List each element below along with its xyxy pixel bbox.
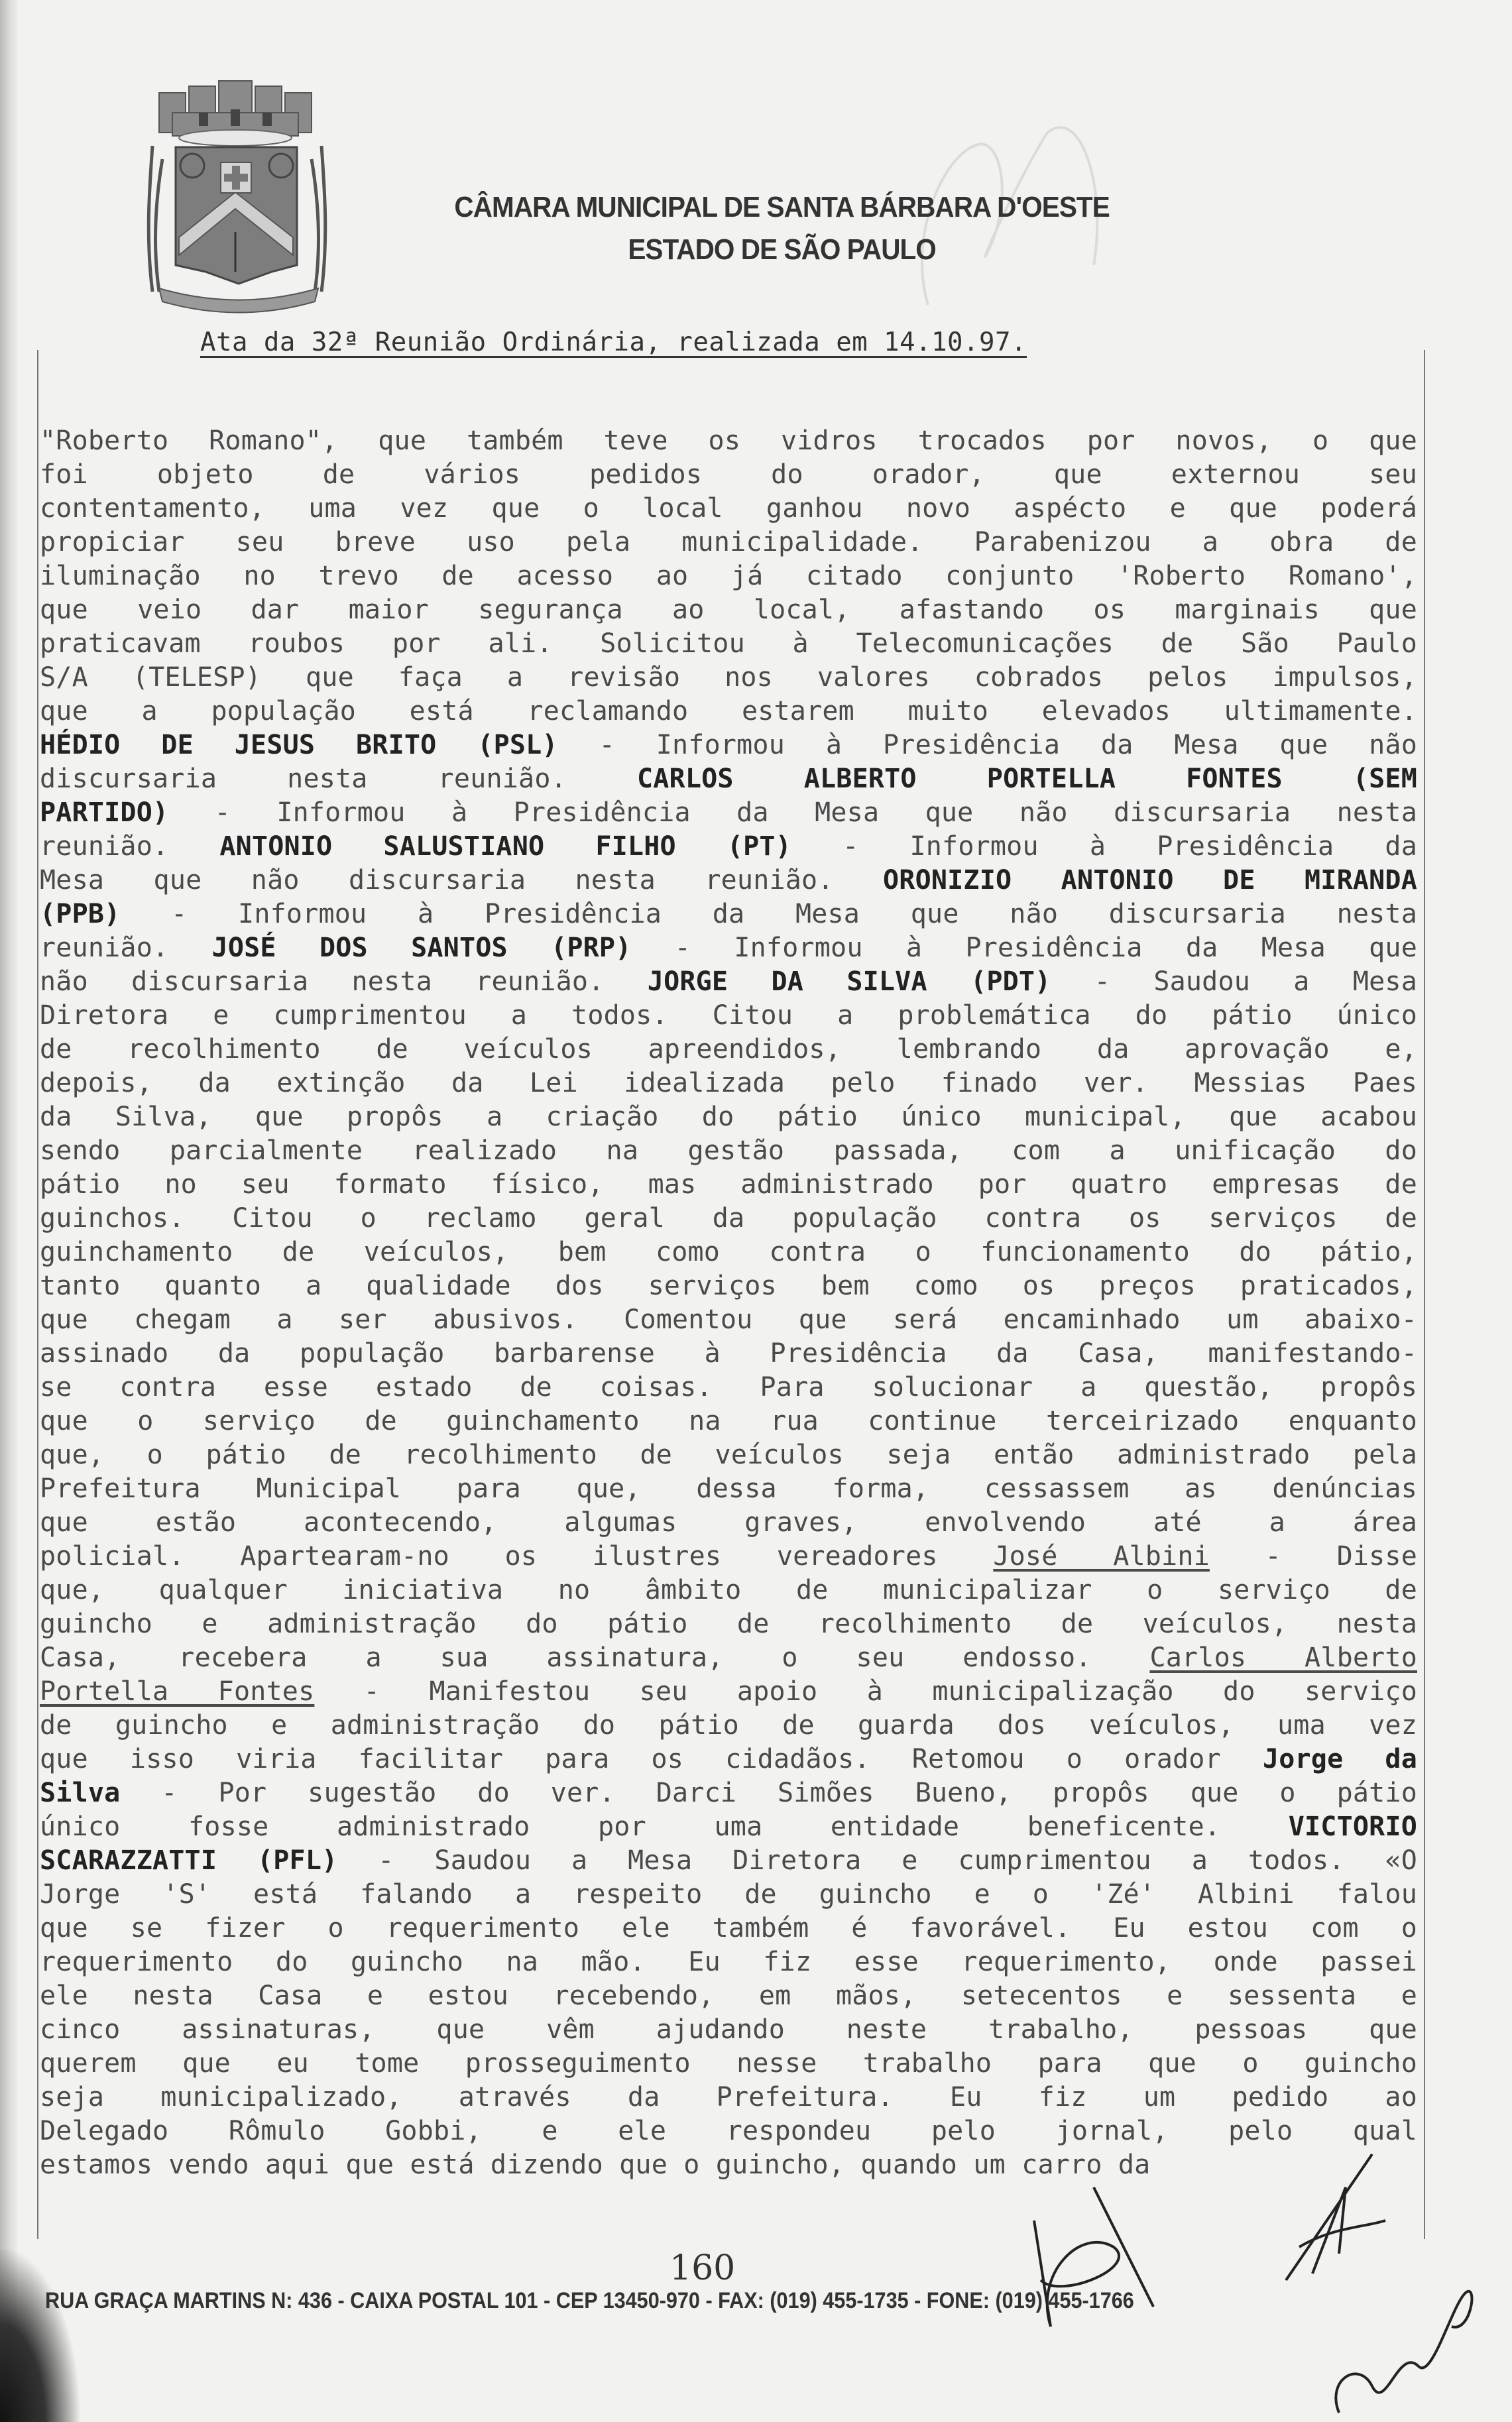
scan-shadow [0,2250,80,2422]
footer-address: RUA GRAÇA MARTINS N: 436 - CAIXA POSTAL … [45,2288,1334,2314]
body-line: seja municipalizado, através da Prefeitu… [40,2081,1417,2114]
body-line: que veio dar maior segurança ao local, a… [40,593,1417,627]
body-line: Diretora e cumprimentou a todos. Citou a… [40,999,1417,1033]
body-line: que chegam a ser abusivos. Comentou que … [40,1303,1417,1337]
speaker-name: (PPB) [40,899,120,929]
speaker-name: HÉDIO DE JESUS BRITO (PSL) [40,730,558,760]
body-line: tanto quanto a qualidade dos serviços be… [40,1269,1417,1303]
body-line: iluminação no trevo de acesso ao já cita… [40,559,1417,593]
body-line: que isso viria facilitar para os cidadão… [40,1743,1417,1776]
body-line: reunião. JOSÉ DOS SANTOS (PRP) - Informo… [40,931,1417,965]
line-text: - Por sugestão do ver. Darci Simões Buen… [120,1778,1417,1808]
body-line: de guincho e administração do pátio de g… [40,1709,1417,1743]
body-line: que, qualquer iniciativa no âmbito de mu… [40,1574,1417,1607]
line-text: reunião. [40,933,212,963]
line-text: reunião. [40,831,219,862]
speaker-name: PARTIDO) [40,797,168,828]
body-line: depois, da extinção da Lei idealizada pe… [40,1067,1417,1100]
line-text: - Manifestou seu apoio à municipalização… [314,1676,1417,1707]
body-line: Casa, recebera a sua assinatura, o seu e… [40,1641,1417,1675]
body-line: cinco assinaturas, que vêm ajudando nest… [40,2013,1417,2047]
line-text: Mesa que não discursaria nesta reunião. [40,865,883,895]
body-line: discursaria nesta reunião. CARLOS ALBERT… [40,762,1417,796]
body-line: guincho e administração do pátio de reco… [40,1607,1417,1641]
line-text: que isso viria facilitar para os cidadão… [40,1744,1263,1774]
line-text: - Informou à Presidência da Mesa que não… [168,797,1417,828]
minutes-body: "Roberto Romano", que também teve os vid… [40,424,1417,2182]
page-number: 160 [669,2248,735,2288]
body-line: ele nesta Casa e estou recebendo, em mão… [40,1979,1417,2013]
body-line: sendo parcialmente realizado na gestão p… [40,1134,1417,1168]
body-line: que se fizer o requerimento ele também é… [40,1912,1417,1945]
page-left-edge [0,0,17,2422]
body-line: que estão acontecendo, algumas graves, e… [40,1506,1417,1540]
signature-3 [1319,2280,1491,2422]
speaker-name: JORGE DA SILVA (PDT) [648,966,1051,997]
body-line: único fosse administrado por uma entidad… [40,1810,1417,1844]
line-text: - Informou à Presidência da Mesa que [632,933,1418,963]
body-line: assinado da população barbarense à Presi… [40,1337,1417,1371]
body-line: "Roberto Romano", que também teve os vid… [40,424,1417,458]
line-text: - Disse [1210,1541,1417,1572]
body-line: policial. Apartearam-no os ilustres vere… [40,1540,1417,1574]
body-line: reunião. ANTONIO SALUSTIANO FILHO (PT) -… [40,830,1417,864]
speaker-name: JOSÉ DOS SANTOS (PRP) [212,933,632,963]
speaker-name: VICTORIO [1289,1812,1417,1842]
line-text: discursaria nesta reunião. [40,764,637,794]
body-line: contentamento, uma vez que o local ganho… [40,492,1417,526]
body-line: guinchos. Citou o reclamo geral da popul… [40,1202,1417,1236]
underlined-name: Carlos Alberto [1149,1643,1417,1673]
body-line: da Silva, que propôs a criação do pátio … [40,1100,1417,1134]
line-text: Casa, recebera a sua assinatura, o seu e… [40,1643,1149,1673]
speaker-name: Silva [40,1778,120,1808]
body-line: praticavam roubos por ali. Solicitou à T… [40,627,1417,661]
line-text: - Saudou a Mesa Diretora e cumprimentou … [337,1845,1417,1876]
body-line: PARTIDO) - Informou à Presidência da Mes… [40,796,1417,830]
body-line: Prefeitura Municipal para que, dessa for… [40,1472,1417,1506]
state-name: ESTADO DE SÃO PAULO [398,233,1166,266]
body-line: SCARAZZATTI (PFL) - Saudou a Mesa Direto… [40,1844,1417,1878]
speaker-name: SCARAZZATTI (PFL) [40,1845,337,1876]
underlined-name: Portella Fontes [40,1676,314,1707]
body-line: Portella Fontes - Manifestou seu apoio à… [40,1675,1417,1709]
line-text: policial. Apartearam-no os ilustres vere… [40,1541,993,1572]
body-line: propiciar seu breve uso pela municipalid… [40,526,1417,559]
speaker-name: CARLOS ALBERTO PORTELLA FONTES (SEM [637,764,1417,794]
body-line: Jorge 'S' está falando a respeito de gui… [40,1878,1417,1912]
body-line: que o serviço de guinchamento na rua con… [40,1405,1417,1438]
body-line: HÉDIO DE JESUS BRITO (PSL) - Informou à … [40,728,1417,762]
body-line: (PPB) - Informou à Presidência da Mesa q… [40,897,1417,931]
body-line: se contra esse estado de coisas. Para so… [40,1371,1417,1405]
institution-name: CÂMARA MUNICIPAL DE SANTA BÁRBARA D'OEST… [398,191,1166,224]
body-line: foi objeto de vários pedidos do orador, … [40,458,1417,492]
body-line: Delegado Rômulo Gobbi, e ele respondeu p… [40,2114,1417,2148]
line-text: - Informou à Presidência da Mesa que não [558,730,1417,760]
body-line: de recolhimento de veículos apreendidos,… [40,1033,1417,1067]
body-line: Mesa que não discursaria nesta reunião. … [40,864,1417,897]
body-line: Silva - Por sugestão do ver. Darci Simõe… [40,1776,1417,1810]
line-text: - Informou à Presidência da [791,831,1417,862]
line-text: - Informou à Presidência da Mesa que não… [120,899,1417,929]
speaker-name: Jorge da [1263,1744,1417,1774]
body-line: querem que eu tome prosseguimento nesse … [40,2047,1417,2081]
body-line: não discursaria nesta reunião. JORGE DA … [40,965,1417,999]
body-line: que, o pátio de recolhimento de veículos… [40,1438,1417,1472]
speaker-name: ORONIZIO ANTONIO DE MIRANDA [883,865,1417,895]
body-line: que a população está reclamando estarem … [40,695,1417,728]
coat-of-arms-icon [139,73,338,325]
underlined-name: José Albini [993,1541,1210,1572]
body-line: requerimento do guincho na mão. Eu fiz e… [40,1945,1417,1979]
line-text: não discursaria nesta reunião. [40,966,648,997]
body-line: pátio no seu formato físico, mas adminis… [40,1168,1417,1202]
body-line: estamos vendo aqui que está dizendo que … [40,2148,1417,2182]
line-text: - Saudou a Mesa [1051,966,1417,997]
speaker-name: ANTONIO SALUSTIANO FILHO (PT) [219,831,791,862]
body-line: S/A (TELESP) que faça a revisão nos valo… [40,661,1417,695]
line-text: único fosse administrado por uma entidad… [40,1812,1289,1842]
signature-2 [1273,2148,1392,2293]
body-line: guinchamento de veículos, bem como contr… [40,1236,1417,1269]
